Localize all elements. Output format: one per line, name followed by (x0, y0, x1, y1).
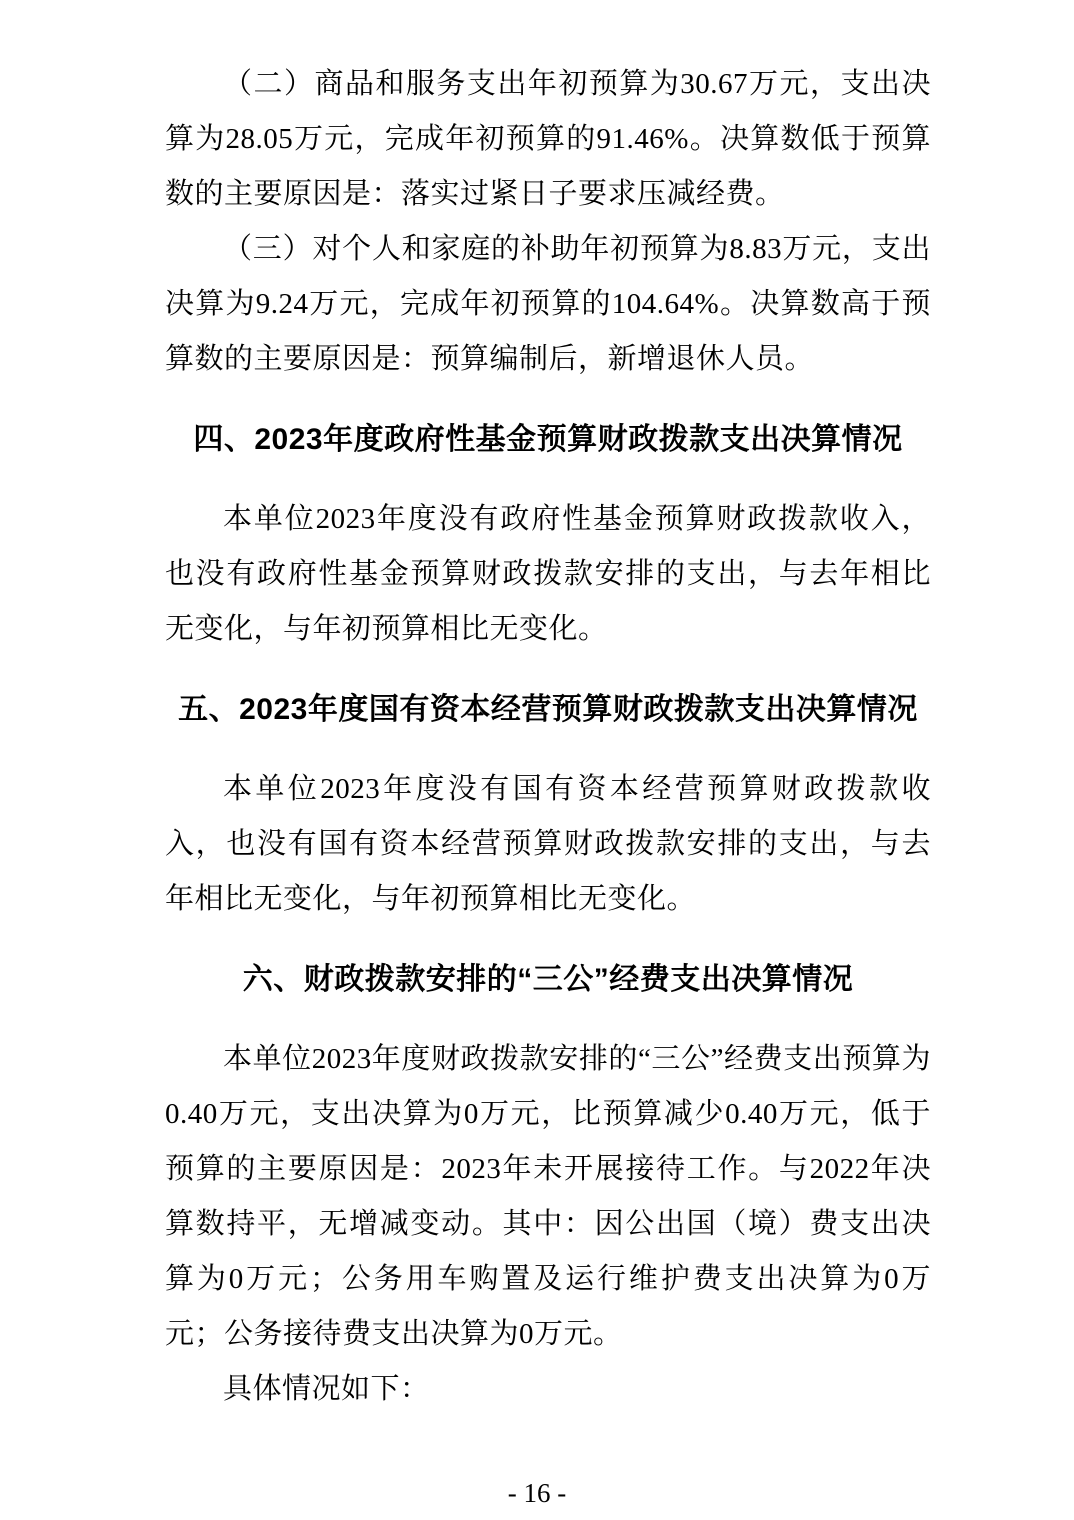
paragraph-government-fund-budget: 本单位2023年度没有政府性基金预算财政拨款收入，也没有政府性基金预算财政拨款安… (165, 492, 931, 657)
page-number: - 16 - (0, 1478, 1074, 1508)
paragraph-state-capital-budget: 本单位2023年度没有国有资本经营预算财政拨款收入，也没有国有资本经营预算财政拨… (165, 762, 931, 927)
page-content: （二）商品和服务支出年初预算为30.67万元，支出决算为28.05万元，完成年初… (165, 57, 931, 1417)
paragraph-individual-family-subsidy: （三）对个人和家庭的补助年初预算为8.83万元，支出决算为9.24万元，完成年初… (165, 222, 931, 387)
paragraph-goods-and-services-expenditure: （二）商品和服务支出年初预算为30.67万元，支出决算为28.05万元，完成年初… (165, 57, 931, 222)
paragraph-three-public-expenses: 本单位2023年度财政拨款安排的“三公”经费支出预算为0.40万元，支出决算为0… (165, 1032, 931, 1362)
heading-section-5-state-capital-budget: 五、2023年度国有资本经营预算财政拨款支出决算情况 (165, 682, 931, 737)
heading-section-4-government-fund-budget: 四、2023年度政府性基金预算财政拨款支出决算情况 (165, 412, 931, 467)
heading-section-6-three-public-expenses: 六、财政拨款安排的“三公”经费支出决算情况 (165, 952, 931, 1007)
paragraph-details-follow: 具体情况如下： (165, 1362, 931, 1417)
document-page: （二）商品和服务支出年初预算为30.67万元，支出决算为28.05万元，完成年初… (0, 0, 1074, 1520)
